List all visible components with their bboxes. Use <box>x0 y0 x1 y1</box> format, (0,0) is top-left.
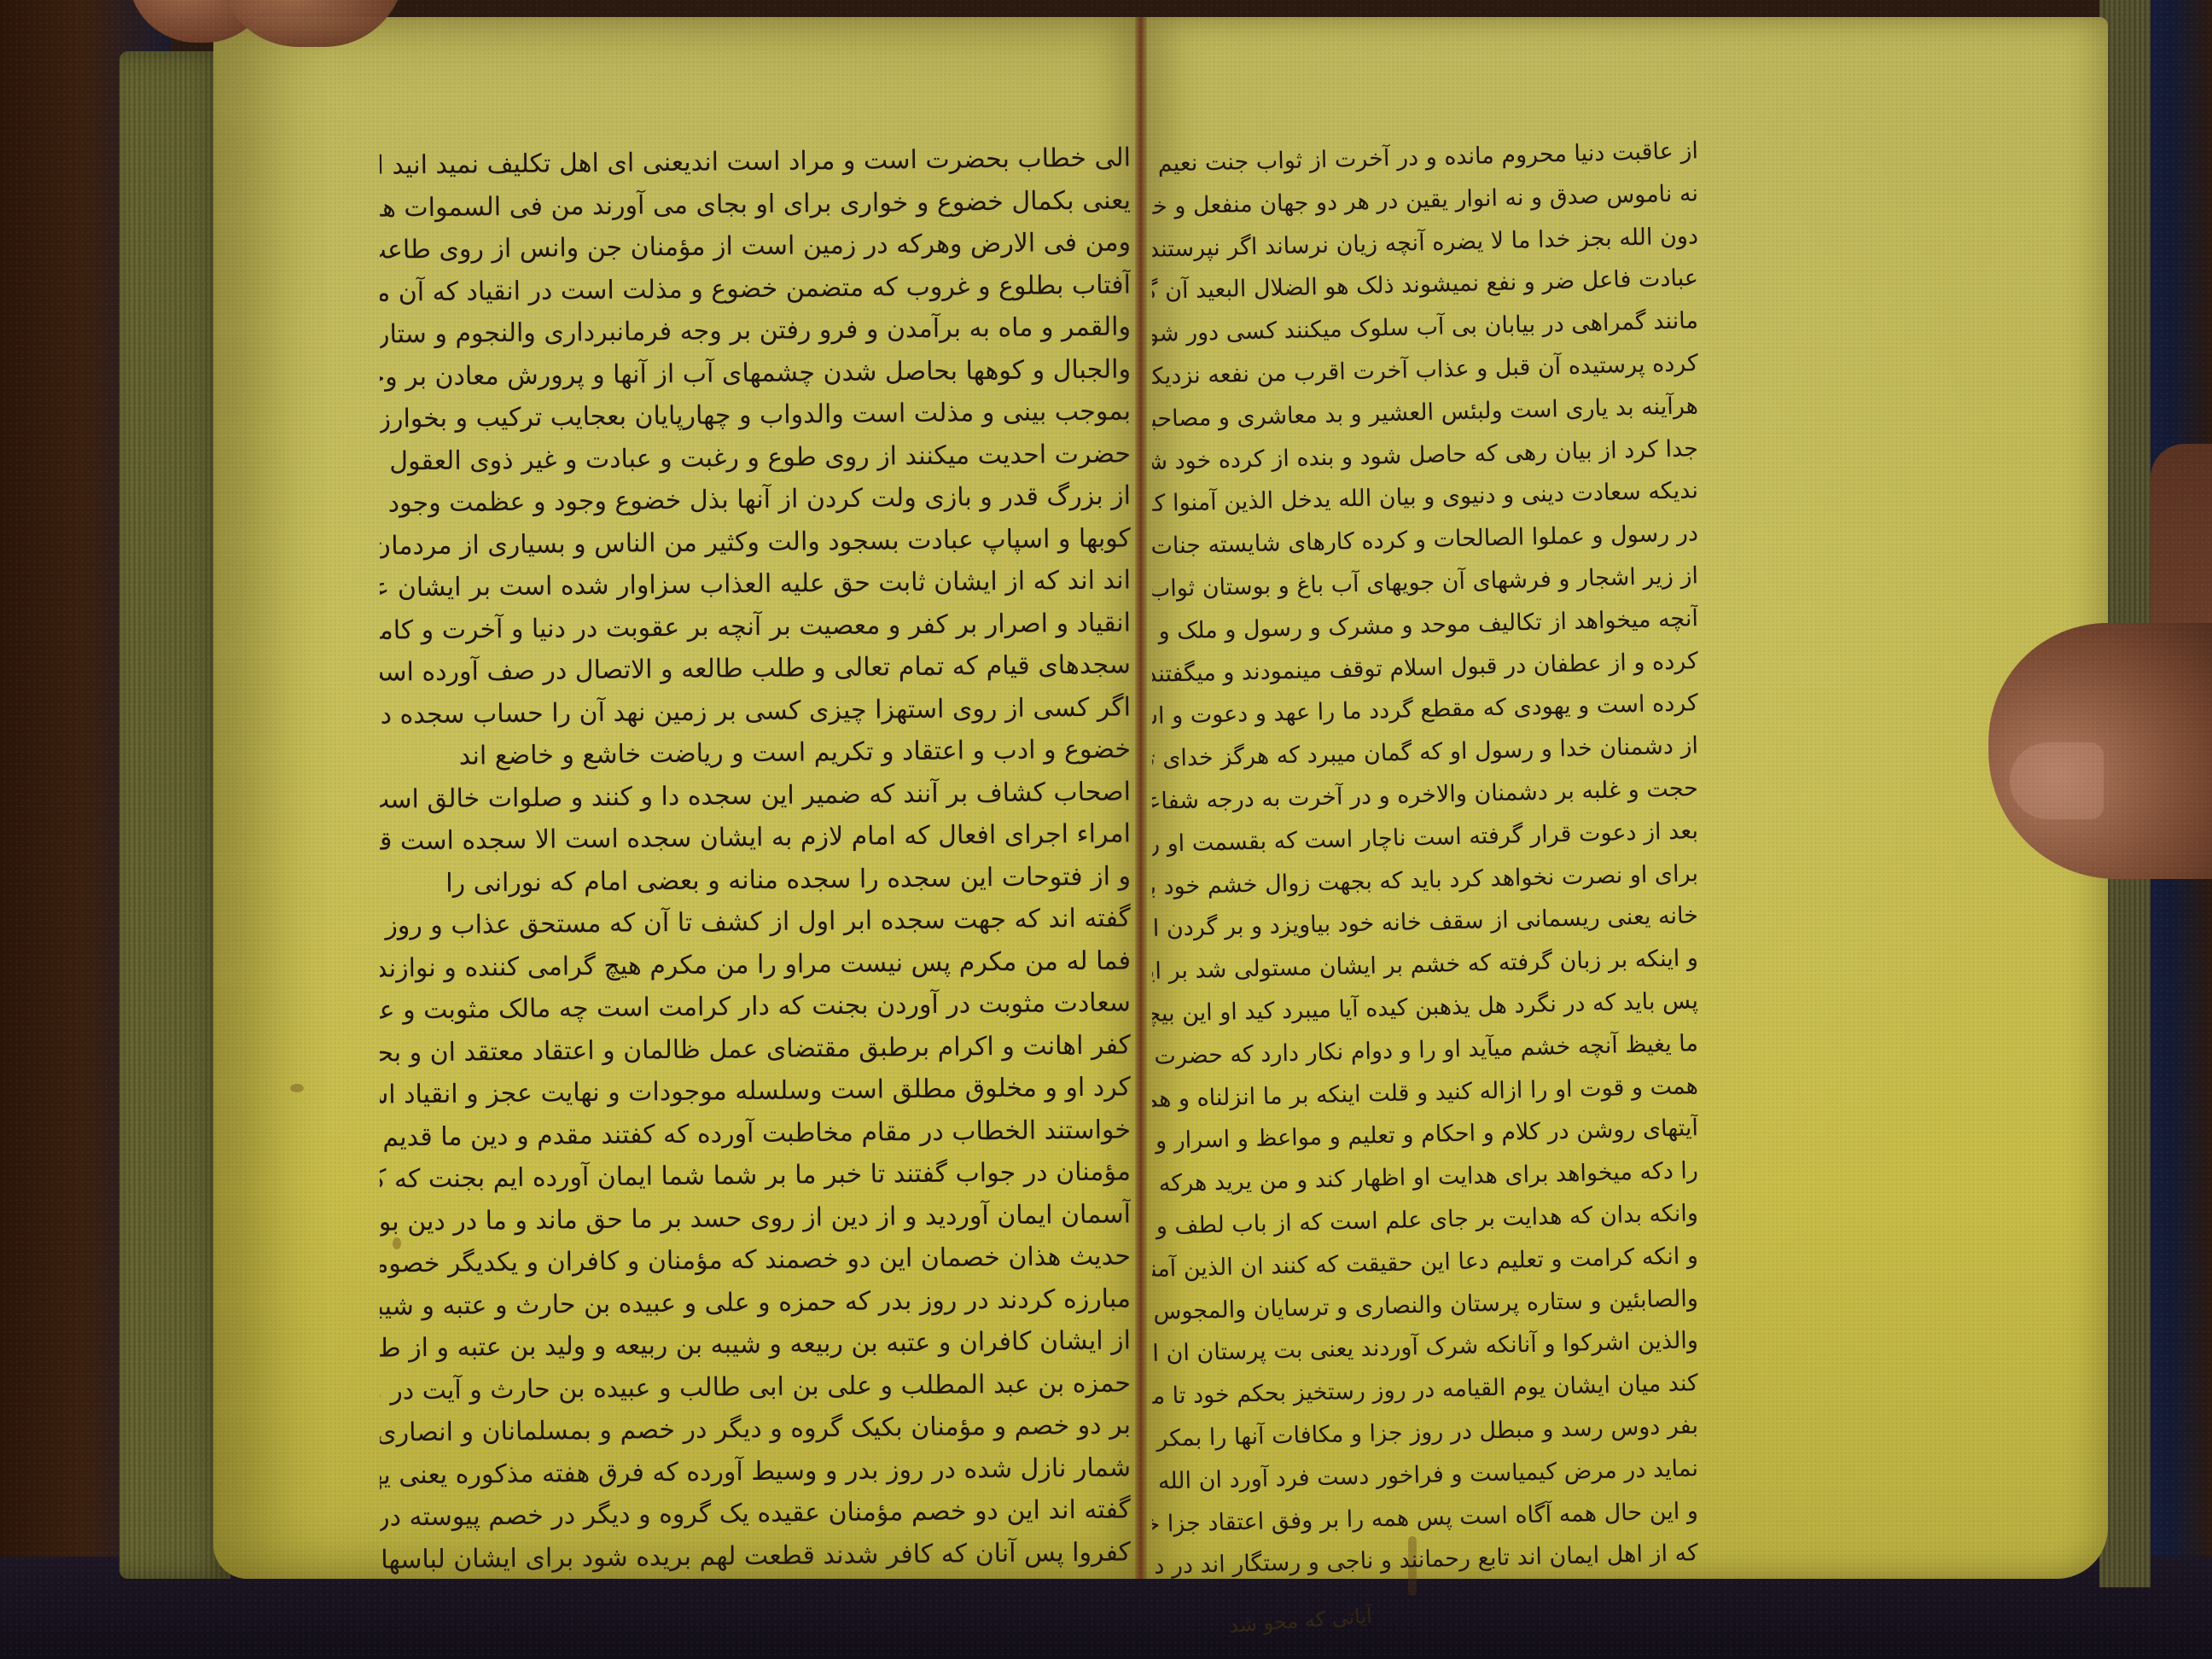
manuscript-line: والقمر و ماه به برآمدن و فرو رفتن بر وجه… <box>380 306 1131 356</box>
manuscript-line: خضوع و ادب و اعتقاد و تکریم است و ریاضت … <box>380 728 1131 778</box>
manuscript-line: از بزرگ قدر و بازی ولت کردن از آنها بذل … <box>380 474 1131 525</box>
manuscript-line: گفته اند این دو خصم مؤمنان عقیده یک گروه… <box>380 1488 1131 1539</box>
manuscript-line: از ایشان کافران و عتبه بن ربیعه و شیبه ب… <box>380 1319 1131 1370</box>
manuscript-line: مؤمنان در جواب گفتند تا خبر ما بر شما شم… <box>380 1150 1131 1201</box>
left-page-text: الی خطاب بحضرت است و مراد است اندیعنی ای… <box>380 141 1131 1577</box>
manuscript-line: کفروا پس آنان که کافر شدند قطعت لهم برید… <box>380 1531 1131 1581</box>
manuscript-line: سجدهای قیام که تمام تعالی و طلب طالعه و … <box>380 643 1131 694</box>
right-page-text: از عاقبت دنیا محروم مانده و در آخرت از ث… <box>1152 137 1698 1581</box>
manuscript-line: اند اند که از ایشان ثابت حق علیه العذاب … <box>380 559 1131 609</box>
manuscript-line: الی خطاب بحضرت است و مراد است اندیعنی ای… <box>380 137 1131 187</box>
thumbnail <box>2010 742 2104 819</box>
book-gutter <box>1135 17 1147 1579</box>
manuscript-line: بر دو خصم و مؤمنان بکیک گروه و دیگر در خ… <box>380 1404 1131 1454</box>
manuscript-line: سعادت مثوبت در آوردن بجنت که دار کرامت ا… <box>380 981 1131 1032</box>
manuscript-line: امراء اجرای افعال که امام لازم به ایشان … <box>380 812 1131 863</box>
manuscript-line: گفته اند که جهت سجده ابر اول از کشف تا آ… <box>380 897 1131 947</box>
manuscript-line: ومن فی الارض وهرکه در زمین است از مؤمنان… <box>380 221 1131 271</box>
manuscript-line: حدیث هذان خصمان این دو خصمند که مؤمنان و… <box>380 1235 1131 1285</box>
manuscript-line: کرد او و مخلوق مطلق است وسلسله موجودات و… <box>380 1066 1131 1116</box>
paper-stain <box>290 1084 304 1092</box>
manuscript-line: بموجب بینی و مذلت است والدواب و چهارپایا… <box>380 390 1131 440</box>
